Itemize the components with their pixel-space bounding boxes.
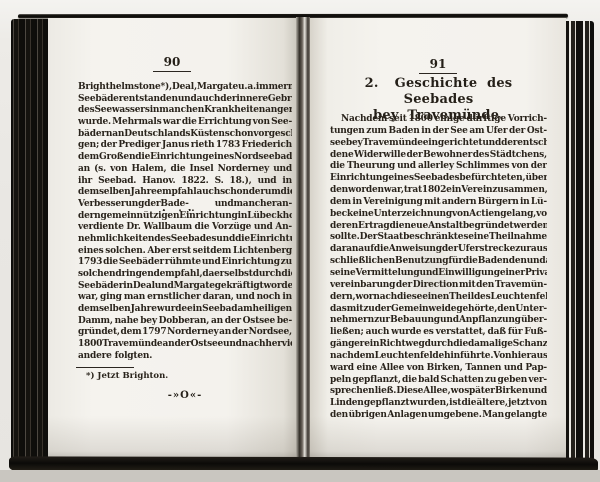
text-line: seebeyTravemündeeingerichtetundderentsch… xyxy=(330,138,547,150)
text-line: denwordenwar,trat1802einVereinzusammen, xyxy=(330,185,547,197)
text-line: Damm,nahebeyDobberan,anderOstseebe- xyxy=(78,316,292,328)
page-90-body-text: Brighthelmstone*),Deal,Margateu.a.immerm… xyxy=(78,82,292,363)
book-scan-photo: 90 Brighthelmstone*),Deal,Margateu.a.imm… xyxy=(0,0,600,482)
footnote-text: *) Jetzt Brighton. xyxy=(86,371,168,381)
text-line: seineVermittelungundEinwilligungeinerPri… xyxy=(330,268,547,280)
text-line: dasmitzuderGemeinweidegehörte,denUnter- xyxy=(330,304,547,316)
text-line: EinrichtungeinesSeebadesbefürchteten,übe… xyxy=(330,173,547,185)
text-line: Lindengepflanztwurden,istdieältere,jetzt… xyxy=(330,398,547,410)
text-line: 1800TravemündeanderOstseeundnachherviele xyxy=(78,339,292,351)
text-line: gen;derPredigerJanusrieth1783Friederich xyxy=(78,140,292,152)
text-line: wardeineAlleevonBirken,TannenundPap- xyxy=(330,363,547,375)
text-line: 1793dieSeebäderrühmteundEinrichtungzu xyxy=(78,257,292,269)
text-line: SeebäderentstandenundauchderinnereGebrau… xyxy=(78,94,292,106)
text-line: tungenzumBadeninderSeeamUferderOst- xyxy=(330,126,547,138)
text-line: an(s.vonHalem,dieInselNorderneyund xyxy=(78,164,292,176)
text-line: vereinbarungderDirectionmitdenTravemün- xyxy=(330,280,547,292)
text-line: nehmernzurBebauungundAnpflanzungüber- xyxy=(330,315,547,327)
page-number-label: 91 xyxy=(419,57,458,74)
text-line: nachdemLeuchtenfeldehinführte.Vonhieraus xyxy=(330,351,547,363)
page-90: 90 Brighthelmstone*),Deal,Margateu.a.imm… xyxy=(48,18,296,460)
chapter-number: 2. xyxy=(365,76,379,91)
text-line: Brighthelmstone*),Deal,Margateu.a.immerm… xyxy=(78,82,292,94)
text-line: derenErtragdieneueAnstaltbegründetwerden xyxy=(330,221,547,233)
page-number-right: 91 xyxy=(310,57,566,74)
text-line: schließlichenBenutzungfürdieBadendenunda… xyxy=(330,256,547,268)
chapter-title-line1: Geschichte des Seebades xyxy=(395,76,513,107)
book-left-page-edges xyxy=(11,19,48,460)
text-line: wurde.MehrmalswardieErrichtungvonSee- xyxy=(78,117,292,129)
text-line: derngemeinnützigenEinrichtunginLübeckhoc… xyxy=(78,211,292,223)
text-line: VerbesserungderBade-Anstaltenundmanchera… xyxy=(78,199,292,211)
page-number-label: 90 xyxy=(153,55,192,72)
text-line: dern,wornachdieseeinenTheildesLeuchtenfe… xyxy=(330,292,547,304)
text-line: einessolchen.AbererstseitdemLichtenberg xyxy=(78,246,292,258)
scan-background-strip xyxy=(0,470,600,482)
text-line: war,gingmanernstlicherdaran,undnochin xyxy=(78,292,292,304)
text-line: SeebäderinDealundMargategekräftigtworden xyxy=(78,281,292,293)
text-line: verdienteDr.WallbaumdieVorzügeundAn- xyxy=(78,222,292,234)
page-91: 91 2.Geschichte des Seebades bey Travemü… xyxy=(310,18,566,460)
text-line: deneWiderwillederBewohnerdesStädtchens, xyxy=(330,150,547,162)
text-line: demGroßendieEinrichtungeinesNordseebades xyxy=(78,152,292,164)
text-line: ihrSeebad.Hanov.1822.S.18.),undin xyxy=(78,176,292,188)
text-line: bädernanDeutschlandsKüstenschonvorgeschl… xyxy=(78,129,292,141)
footnote-rule xyxy=(76,367,134,368)
page-91-body-text: Nachdemseit1800einigedürftigeVorrich-tun… xyxy=(330,114,547,422)
text-line: gängereinRichtwegdurchdiedamaligeSchanze xyxy=(330,339,547,351)
text-line: nehmlichkeitendesSeebadesunddieEinrichtu… xyxy=(78,234,292,246)
text-line: andere folgten. xyxy=(78,351,292,363)
text-line: beckeineUnterzeichnungvonActiengelang,vo… xyxy=(330,209,547,221)
book-gutter-shadow xyxy=(296,17,310,459)
text-line: denübrigenAnlagenumgebene.Mangelangte xyxy=(330,410,547,422)
text-line: pelngepflanzt,diebaldSchattenzugebenver- xyxy=(330,375,547,387)
text-line: daranaufdieAnweisungderUferstreckezuraus… xyxy=(330,244,547,256)
text-line: gründet,dem1797NorderneyanderNordsee, xyxy=(78,327,292,339)
text-line: dieTheurungundallerleySchlimmesvonder xyxy=(330,161,547,173)
text-line: solchendringendempfahl,daerselbstdurchdi… xyxy=(78,269,292,281)
text-line: Nachdemseit1800einigedürftigeVorrich- xyxy=(330,114,547,126)
text-line: sollte.DerStaatbeschränkteseineTheilnahm… xyxy=(330,232,547,244)
page-number-left: 90 xyxy=(48,55,296,72)
section-end-ornament: -»O«- xyxy=(78,390,292,401)
text-line: demselbenJahrewurdeeinSeebadamheiligen xyxy=(78,304,292,316)
text-line: desSeewassersinmanchenKrankheitenangerat… xyxy=(78,105,292,117)
text-line: sprechenließ.DieseAllee,wospäterBirkenun… xyxy=(330,386,547,398)
text-line: demselbenJahreempfahlauchschonderumdie xyxy=(78,187,292,199)
book-right-page-edges xyxy=(566,21,594,460)
text-line: deminVereinigungmitandernBürgerninLü- xyxy=(330,197,547,209)
text-line: ließen;auchwurdeesverstattet,daßfürFuß- xyxy=(330,327,547,339)
